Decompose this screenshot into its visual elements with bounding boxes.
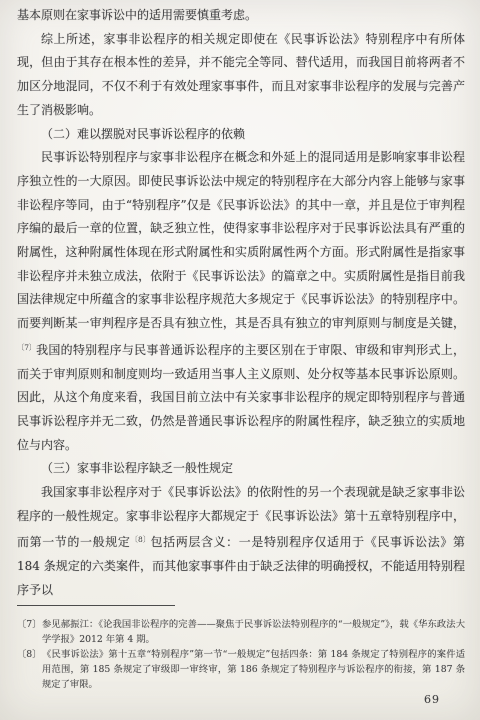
footnote-7: 〔7〕 参见郝振江：《论我国非讼程序的完善——聚焦于民事诉讼法特别程序的“一般规… [17,617,465,647]
paragraph-dependence-text-2: 我国的特别程序与民事普通诉讼程序的主要区别在于审限、审级和审判形式上，而关于审判… [17,343,465,452]
footnote-8: 〔8〕 《民事诉讼法》第十五章“特别程序”第一节“一般规定”包括四条：第 184… [17,647,465,692]
page-body: 基本原则在家事诉讼中的适用需要慎重考虑。 综上所述，家事非讼程序的相关规定即使在… [17,4,465,603]
footnote-7-marker: 〔7〕 [17,617,42,632]
section-heading-two: （二）难以摆脱对民事诉讼程序的依赖 [17,123,465,147]
paragraph-dependence: 民事诉讼特别程序与家事非讼程序在概念和外延上的混同适用是影响家事非讼程序独立性的… [17,146,465,457]
footnotes-block: 〔7〕 参见郝振江：《论我国非讼程序的完善——聚焦于民事诉讼法特别程序的“一般规… [17,617,465,692]
footnote-ref-7: 〔7〕 [17,343,36,352]
paragraph-summary: 综上所述，家事非讼程序的相关规定即使在《民事诉讼法》特别程序中有所体现，但由于其… [17,28,465,123]
footnote-7-text: 参见郝振江：《论我国非讼程序的完善——聚焦于民事诉讼法特别程序的“一般规定”》，… [42,619,465,645]
footnote-ref-8: 〔8〕 [130,535,150,544]
document-page: 基本原则在家事诉讼中的适用需要慎重考虑。 综上所述，家事非讼程序的相关规定即使在… [0,0,480,720]
footnote-separator-rule [17,605,175,606]
footnote-8-marker: 〔8〕 [17,647,42,662]
page-number: 69 [424,693,440,706]
footnote-8-text: 《民事诉讼法》第十五章“特别程序”第一节“一般规定”包括四条：第 184 条规定… [42,649,465,690]
paragraph-continuation: 基本原则在家事诉讼中的适用需要慎重考虑。 [17,4,465,28]
section-heading-three: （三）家事非讼程序缺乏一般性规定 [17,457,465,481]
paragraph-general-rules: 我国家事非讼程序对于《民事诉讼法》的依附性的另一个表现就是缺乏家事非讼程序的一般… [17,481,465,603]
paragraph-dependence-text-1: 民事诉讼特别程序与家事非讼程序在概念和外延上的混同适用是影响家事非讼程序独立性的… [17,150,465,330]
